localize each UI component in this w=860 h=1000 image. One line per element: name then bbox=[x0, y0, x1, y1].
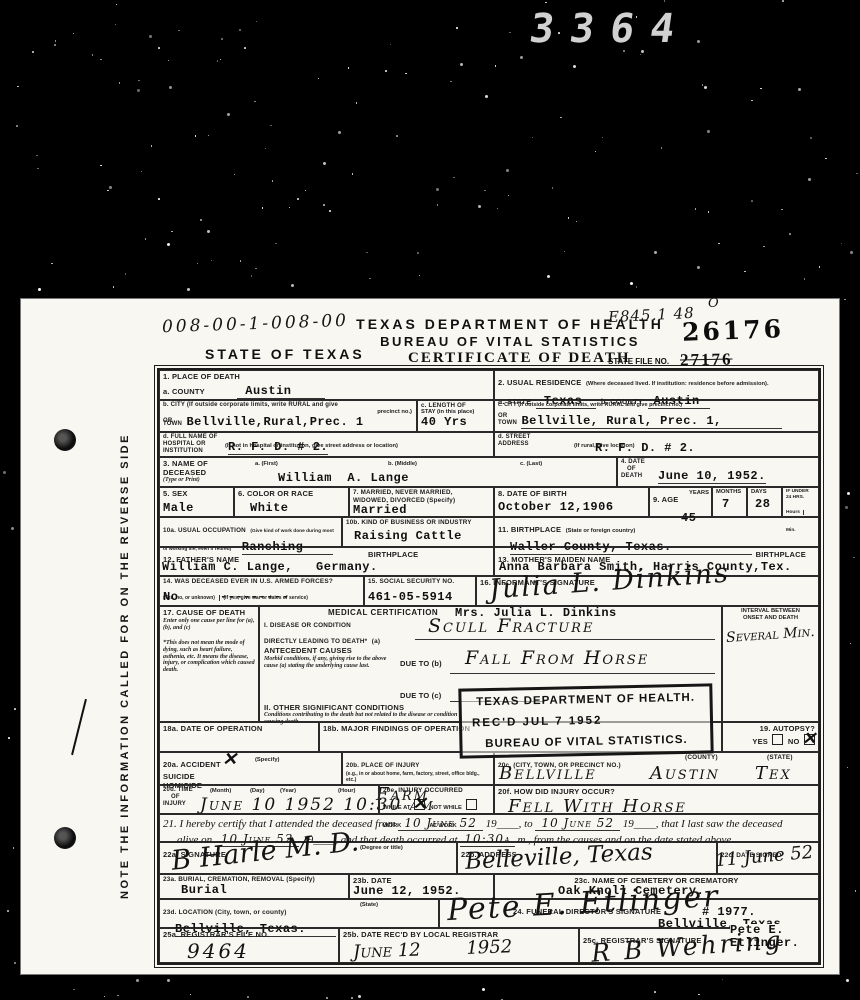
street-label2: ADDRESS bbox=[498, 441, 544, 448]
burial-date-value: June 12, 1952. bbox=[353, 885, 490, 898]
field-res-city-town: c. CITY (If outside corporate limits, wr… bbox=[494, 400, 819, 432]
field-date-of-birth: 8. DATE OF BIRTH October 12,1906 bbox=[494, 487, 649, 517]
certificate-title: CERTIFICATE OF DEATH bbox=[408, 350, 631, 367]
name-note: (Type or Print) bbox=[163, 477, 231, 484]
hospital-label3: INSTITUTION bbox=[163, 448, 225, 455]
label: 2. USUAL RESIDENCE bbox=[498, 378, 581, 387]
armed-forces-dashes: --------- bbox=[220, 591, 289, 604]
stamp-line2: REC'D JUL 7 1952 bbox=[472, 715, 603, 730]
field-sex: 5. SEX Male bbox=[159, 487, 234, 517]
race-label: 6. COLOR OR RACE bbox=[238, 489, 345, 498]
field-name-of-deceased: 3. NAME OF DECEASED (Type or Print) a. (… bbox=[159, 457, 617, 487]
dob-value: October 12,1906 bbox=[498, 501, 645, 514]
interval-label: INTERVAL BETWEEN bbox=[726, 608, 815, 615]
armed-forces-label: 14. WAS DECEASED EVER IN U.S. ARMED FORC… bbox=[163, 578, 360, 586]
informant-label: 16. INFORMANT'S SIGNATURE bbox=[480, 578, 815, 587]
res-or-label: OR bbox=[498, 413, 507, 420]
industry-label: 10b. KIND OF BUSINESS OR INDUSTRY bbox=[346, 519, 490, 527]
field-cause-of-death-label: 17. CAUSE OF DEATH Enter only one cause … bbox=[159, 606, 259, 722]
address-label: 22b. ADDRESS bbox=[461, 850, 517, 859]
field-registrar-signature: 25c. REGISTRAR'S SIGNATURE Pete E. Etlin… bbox=[579, 928, 819, 963]
field-date-of-operation: 18a. DATE OF OPERATION bbox=[159, 722, 319, 752]
signature-label: 22a. SIGNATURE bbox=[163, 850, 226, 859]
field-physician-address: 22b. ADDRESS bbox=[457, 842, 717, 874]
autopsy-yes-checkbox[interactable] bbox=[772, 734, 783, 745]
toi-label3: INJURY bbox=[163, 801, 199, 808]
marital-value: Married bbox=[353, 504, 490, 517]
autopsy-yes-label: YES bbox=[752, 737, 768, 746]
toi-label2: OF bbox=[171, 794, 199, 801]
registrar-file-label: 25a. REGISTRAR'S FILE NO. bbox=[163, 930, 335, 939]
months-value: 7 bbox=[722, 498, 743, 511]
antecedent-label: ANTECEDENT CAUSES bbox=[264, 646, 352, 655]
stamp-line3: BUREAU OF VITAL STATISTICS. bbox=[485, 734, 688, 750]
marital-label: 7. MARRIED, NEVER MARRIED, bbox=[353, 489, 490, 497]
birthplace-note: (State or foreign country) bbox=[566, 528, 636, 534]
field-length-of-stay: c. LENGTH OF STAY (in this place) 40 Yrs bbox=[417, 400, 494, 432]
funeral-director-label: 24. FUNERAL DIRECTOR'S SIGNATURE bbox=[513, 907, 661, 916]
cod-note1: Enter only one cause per line for (a), (… bbox=[163, 618, 255, 632]
not-while-at-work-checkbox[interactable] bbox=[466, 799, 477, 810]
autopsy-no-label: NO bbox=[788, 737, 800, 746]
field-hospital: d. FULL NAME OF HOSPITAL OR INSTITUTION … bbox=[159, 432, 494, 457]
name-label: 3. NAME OF bbox=[163, 459, 231, 468]
field-age-years: 9. AGE YEARS 45 bbox=[649, 487, 712, 517]
injury-place-label: 20b. PLACE OF INJURY bbox=[346, 762, 420, 769]
attended-to-date: 10 June 52 bbox=[535, 816, 620, 831]
field-informant-signature: 16. INFORMANT'S SIGNATURE bbox=[476, 576, 819, 606]
state-file-no-label: STATE FILE NO. bbox=[608, 357, 669, 366]
field-autopsy: 19. AUTOPSY? YES NO bbox=[722, 722, 819, 752]
injury-county-label: (COUNTY) bbox=[685, 754, 718, 762]
days-value: 28 bbox=[755, 498, 778, 511]
hospital-value: R. F. D. # 2. bbox=[228, 441, 328, 455]
certificate-form: 1. PLACE OF DEATH a. COUNTY Austin 2. US… bbox=[157, 368, 821, 965]
cod-title: 17. CAUSE OF DEATH bbox=[163, 608, 255, 617]
ssn-value: 461-05-5914 bbox=[368, 591, 472, 604]
medcert-label: MEDICAL CERTIFICATION bbox=[328, 608, 438, 618]
field-usual-residence: 2. USUAL RESIDENCE (Where deceased lived… bbox=[494, 370, 819, 400]
stamped-file-number: 26176 bbox=[682, 314, 785, 347]
field-burial-location: 23d. LOCATION (City, town, or county) (S… bbox=[159, 899, 439, 928]
under24-label: IF UNDER 24 HRS. bbox=[786, 489, 815, 500]
sex-value: Male bbox=[163, 502, 230, 515]
length-value: 40 Yrs bbox=[421, 416, 490, 429]
field-cemetery: 23c. NAME OF CEMETERY OR CREMATORY Oak K… bbox=[494, 874, 819, 899]
interval-label2: ONSET AND DEATH bbox=[726, 615, 815, 622]
street-label: d. STREET bbox=[498, 434, 544, 441]
dod-label: 4. DATE bbox=[621, 459, 655, 466]
cemetery-value: Oak Knoll Cemetery. bbox=[558, 885, 815, 898]
father-value: William C. Lange, Germany. bbox=[162, 561, 378, 574]
degree-label: (Degree or title) bbox=[360, 845, 403, 852]
field-date-of-death: 4. DATE OF DEATH June 10, 1952. bbox=[617, 457, 819, 487]
occupation-label: 10a. USUAL OCCUPATION bbox=[163, 527, 246, 534]
cod-note2: *This does not mean the mode of dying, s… bbox=[163, 640, 255, 674]
label-note: (Where deceased lived. If institution: r… bbox=[586, 381, 769, 387]
field-color-race: 6. COLOR OR RACE White bbox=[234, 487, 349, 517]
field-father-name: 12. FATHER'S NAME BIRTHPLACE William C. … bbox=[159, 547, 494, 576]
field-city-town: b. CITY (If outside corporate limits, wr… bbox=[159, 400, 417, 432]
specify-label: (Specify) bbox=[255, 757, 279, 764]
field-how-injury-occurred: 20f. HOW DID INJURY OCCUR? Fell With Hor… bbox=[494, 785, 819, 814]
years-label: YEARS bbox=[689, 490, 709, 497]
burial-value: Burial bbox=[181, 884, 345, 897]
county-value: Austin bbox=[237, 384, 325, 399]
field-time-of-injury: 20d. TIME OF INJURY (Month) (Day) (Year)… bbox=[159, 785, 379, 814]
handwritten-o-mark: O bbox=[708, 296, 719, 311]
field-street-address: d. STREET ADDRESS (If rural, give locati… bbox=[494, 432, 819, 457]
race-value: White bbox=[250, 502, 345, 515]
city-label: b. CITY (If outside corporate limits, wr… bbox=[163, 402, 413, 409]
header-state-of-texas: STATE OF TEXAS bbox=[205, 346, 365, 362]
name-label2: DECEASED bbox=[163, 468, 231, 477]
accident-label: 20a. ACCIDENT bbox=[163, 760, 221, 769]
cause-b-value: Fall From Horse bbox=[465, 647, 649, 669]
field-interval: INTERVAL BETWEEN ONSET AND DEATH Several… bbox=[722, 606, 819, 722]
hospital-label: d. FULL NAME OF bbox=[163, 434, 225, 441]
street-value: R. F. D. # 2. bbox=[595, 442, 695, 455]
field-age-months: MONTHS 7 bbox=[712, 487, 747, 517]
field-armed-forces: 14. WAS DECEASED EVER IN U.S. ARMED FORC… bbox=[159, 576, 364, 606]
cause-a-line bbox=[415, 639, 715, 640]
age-label: 9. AGE bbox=[653, 495, 679, 504]
field-mother-name: 13. MOTHER'S MAIDEN NAME BIRTHPLACE Anna… bbox=[494, 547, 819, 576]
field-age-under24: IF UNDER 24 HRS. Hours Min. bbox=[782, 487, 819, 517]
injury-city-value: Bellville Austin Tex bbox=[499, 763, 792, 784]
burial-location-label: 23d. LOCATION (City, town, or county) bbox=[163, 909, 287, 916]
date-received-value: June 12 1952 bbox=[353, 936, 513, 963]
toi-label1: 20d. TIME bbox=[163, 787, 199, 794]
county-label: a. COUNTY bbox=[163, 387, 205, 396]
middle-label: b. (Middle) bbox=[388, 461, 417, 468]
field-birthplace: 11. BIRTHPLACE (State or foreign country… bbox=[494, 517, 819, 547]
day-label: (Day) bbox=[250, 788, 265, 795]
field-ssn: 15. SOCIAL SECURITY NO. 461-05-5914 bbox=[364, 576, 476, 606]
dod-value: June 10, 1952. bbox=[658, 470, 766, 484]
accident-x-mark: ✕ bbox=[222, 749, 237, 770]
hole-punch-top bbox=[54, 429, 76, 451]
pen-stray-mark bbox=[71, 699, 87, 756]
field-registrar-file-no: 25a. REGISTRAR'S FILE NO. 9464 bbox=[159, 928, 339, 963]
autopsy-no-checkbox[interactable] bbox=[804, 734, 815, 745]
funeral-director-typed-name: Pete E. Etlinger. bbox=[730, 924, 818, 950]
days-label: DAYS bbox=[751, 489, 778, 496]
registrar-file-value: 9464 bbox=[187, 939, 250, 963]
months-label: MONTHS bbox=[716, 489, 743, 496]
field-industry: 10b. KIND OF BUSINESS OR INDUSTRY Raisin… bbox=[342, 517, 494, 547]
sex-label: 5. SEX bbox=[163, 489, 230, 498]
res-city-value: Bellville, Rural, Prec. 1, bbox=[521, 414, 781, 429]
father-birthplace-label: BIRTHPLACE bbox=[368, 550, 418, 559]
received-stamp: TEXAS DEPARTMENT OF HEALTH. REC'D JUL 7 … bbox=[458, 683, 713, 758]
disease-a-tag: (a) bbox=[372, 638, 380, 645]
hour-label: (Hour) bbox=[338, 788, 355, 795]
cause-b-line bbox=[450, 673, 715, 674]
interval-value: Several Min. bbox=[726, 624, 816, 646]
other-conditions-label: II. OTHER SIGNIFICANT CONDITIONS bbox=[264, 703, 404, 712]
injury-occurred-label: 20e. INJURY OCCURRED bbox=[383, 787, 490, 795]
field-injury-location: 20c. (CITY, TOWN, OR PRECINCT NO.) (COUN… bbox=[494, 752, 819, 785]
morbid-note: Morbid conditions, if any, giving rise t… bbox=[264, 656, 396, 670]
operation-date-label: 18a. DATE OF OPERATION bbox=[163, 724, 315, 733]
year-label: (Year) bbox=[280, 788, 296, 795]
field-age-days: DAYS 28 bbox=[747, 487, 782, 517]
how-injury-label: 20f. HOW DID INJURY OCCUR? bbox=[498, 787, 815, 796]
field-date-received: 25b. DATE REC'D BY LOCAL REGISTRAR June … bbox=[339, 928, 579, 963]
field-date-signed: 22c. DATE SIGNED bbox=[717, 842, 819, 874]
res-town-label: TOWN bbox=[498, 420, 517, 426]
injury-place-note: (e.g., in or about home, farm, factory, … bbox=[346, 772, 490, 784]
field-marital: 7. MARRIED, NEVER MARRIED, WIDOWED, DIVO… bbox=[349, 487, 494, 517]
month-label: (Month) bbox=[210, 788, 231, 795]
photostat-frame-counter: 3364 bbox=[527, 6, 694, 52]
burial-state-label: (State) bbox=[360, 902, 378, 909]
field-physician-signature: 22a. SIGNATURE (Degree or title) bbox=[159, 842, 457, 874]
field-occupation: 10a. USUAL OCCUPATION (Give kind of work… bbox=[159, 517, 342, 547]
hours-label: Hours bbox=[786, 510, 804, 515]
while-at-work-checkbox[interactable] bbox=[414, 799, 425, 810]
dod-label2: OF bbox=[627, 466, 655, 473]
mother-birthplace-label: BIRTHPLACE bbox=[756, 550, 806, 559]
length-label: c. LENGTH OF bbox=[421, 402, 490, 409]
field-burial-date: 23b. DATE June 12, 1952. bbox=[349, 874, 494, 899]
margin-note: NOTE THE INFORMATION CALLED FOR ON THE R… bbox=[119, 416, 131, 916]
first-label: a. (First) bbox=[255, 461, 278, 468]
suicide-label: SUICIDE bbox=[163, 772, 338, 781]
date-signed-label: 22c. DATE SIGNED bbox=[721, 852, 782, 859]
disease-label2: DIRECTLY LEADING TO DEATH* bbox=[264, 638, 367, 645]
dob-label: 8. DATE OF BIRTH bbox=[498, 489, 645, 498]
field-injury-occurred: 20e. INJURY OCCURRED WHILE AT WORK NOT W… bbox=[379, 785, 494, 814]
while-at-label: WHILE AT bbox=[383, 805, 410, 811]
field-place-of-death: 1. PLACE OF DEATH a. COUNTY Austin bbox=[159, 370, 494, 400]
header-bureau: BUREAU OF VITAL STATISTICS bbox=[350, 334, 670, 349]
hole-punch-bottom bbox=[54, 827, 76, 849]
town-label: TOWN bbox=[163, 421, 182, 427]
dod-label3: DEATH bbox=[621, 473, 655, 480]
stamp-line1: TEXAS DEPARTMENT OF HEALTH. bbox=[476, 691, 695, 708]
industry-value: Raising Cattle bbox=[354, 530, 490, 543]
field-attendance-certification: 21. I hereby certify that I attended the… bbox=[159, 814, 819, 842]
city-note: precinct no.) bbox=[377, 409, 412, 416]
ssn-label: 15. SOCIAL SECURITY NO. bbox=[368, 578, 472, 586]
mother-value: Anna Barbara Smith, Harris County,Tex. bbox=[499, 561, 792, 574]
field-burial: 23a. BURIAL, CREMATION, REMOVAL (Specify… bbox=[159, 874, 349, 899]
due-b-label: DUE TO (b) bbox=[400, 659, 442, 668]
handwritten-file-code: 008-00-1-008-00 bbox=[162, 311, 350, 338]
due-c-label: DUE TO (c) bbox=[400, 691, 441, 700]
res-city-label: c. CITY (If outside corporate limits, wr… bbox=[498, 402, 815, 408]
disease-label: I. DISEASE OR CONDITION bbox=[264, 622, 414, 630]
attended-from-date: 10 June 52 bbox=[398, 816, 483, 831]
hospital-label2: HOSPITAL OR bbox=[163, 441, 225, 448]
cause-a-value: Scull Fracture bbox=[428, 615, 594, 637]
last-label: c. (Last) bbox=[520, 461, 542, 468]
armed-forces-value: No bbox=[163, 591, 178, 604]
label: 1. PLACE OF DEATH bbox=[163, 372, 490, 381]
injury-state-label: (STATE) bbox=[767, 754, 793, 762]
name-value: William A. Lange bbox=[278, 472, 409, 485]
birthplace-label: 11. BIRTHPLACE bbox=[498, 525, 561, 534]
not-while-label: NOT WHILE bbox=[429, 805, 462, 811]
city-value: Bellville,Rural,Prec. 1 bbox=[186, 415, 363, 429]
certificate-page: NOTE THE INFORMATION CALLED FOR ON THE R… bbox=[20, 298, 840, 975]
field-accident-suicide-homicide: 20a. ACCIDENT ✕ (Specify) SUICIDE HOMICI… bbox=[159, 752, 342, 785]
registrar-signature-label: 25c. REGISTRAR'S SIGNATURE bbox=[583, 936, 702, 945]
